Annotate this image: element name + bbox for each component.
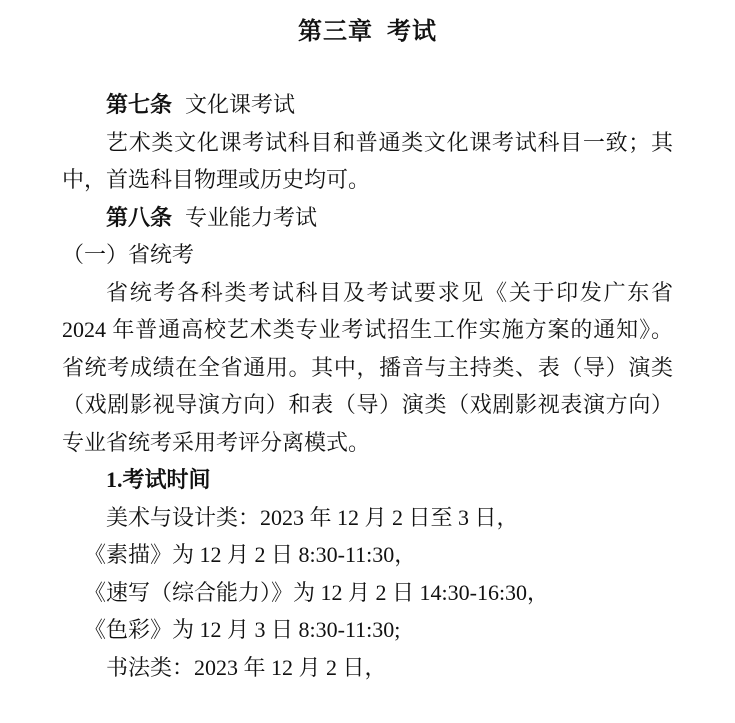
- paragraph-line: 省统考成绩在全省通用。其中，播音与主持类、表（导）演类: [62, 349, 673, 387]
- article8-name: 专业能力考试: [185, 205, 317, 230]
- paragraph-line: 2024 年普通高校艺术类专业考试招生工作实施方案的通知》。: [62, 311, 673, 349]
- document-body: 第七条文化课考试 艺术类文化课考试科目和普通类文化课考试科目一致；其 中，首选科…: [62, 86, 673, 686]
- document-page: 第三章 考试 第七条文化课考试 艺术类文化课考试科目和普通类文化课考试科目一致；…: [0, 0, 735, 723]
- article8-label: 第八条: [106, 205, 172, 230]
- exam-schedule-line: 《速写（综合能力）》为 12 月 2 日 14:30-16:30，: [62, 574, 673, 612]
- article8-heading: 第八条专业能力考试: [62, 199, 673, 237]
- article7-label: 第七条: [106, 92, 172, 117]
- paragraph-line: 省统考各科类考试科目及考试要求见《关于印发广东省: [62, 274, 673, 312]
- article7-name: 文化课考试: [185, 92, 295, 117]
- paragraph-line: 中，首选科目物理或历史均可。: [62, 161, 673, 199]
- exam-schedule-line: 书法类：2023 年 12 月 2 日，: [62, 649, 673, 687]
- paragraph-line: （戏剧影视导演方向）和表（导）演类（戏剧影视表演方向）: [62, 386, 673, 424]
- paragraph-line: 艺术类文化课考试科目和普通类文化课考试科目一致；其: [62, 124, 673, 162]
- paragraph-line: 专业省统考采用考评分离模式。: [62, 424, 673, 462]
- exam-time-heading: 1.考试时间: [62, 461, 673, 499]
- exam-schedule-line: 《色彩》为 12 月 3 日 8:30-11:30;: [62, 611, 673, 649]
- exam-schedule-line: 《素描》为 12 月 2 日 8:30-11:30，: [62, 536, 673, 574]
- exam-schedule-line: 美术与设计类：2023 年 12 月 2 日至 3 日，: [62, 499, 673, 537]
- chapter-title: 第三章 考试: [0, 0, 735, 48]
- subsection-heading: （一）省统考: [62, 236, 673, 274]
- article7-heading: 第七条文化课考试: [62, 86, 673, 124]
